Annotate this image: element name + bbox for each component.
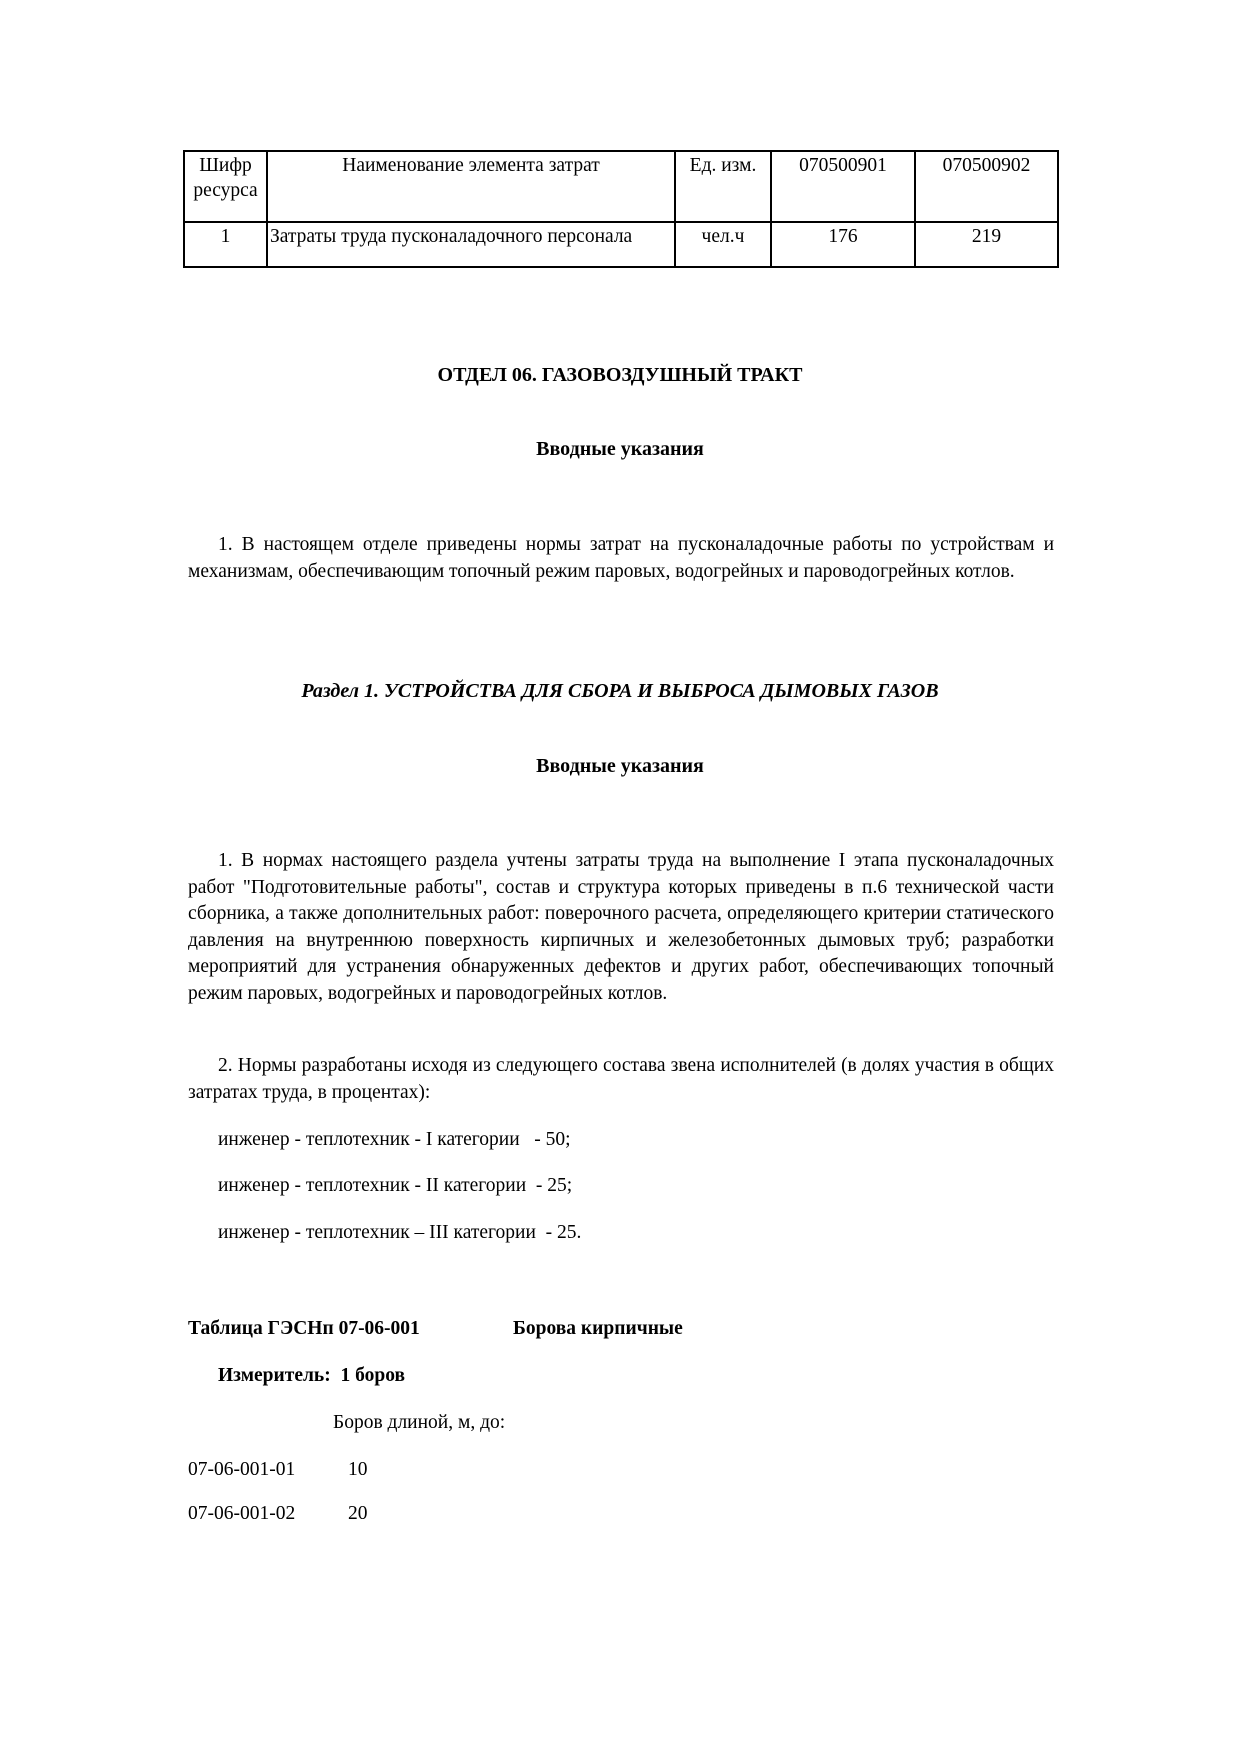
crew-item: инженер - теплотехник - II категории - 2… <box>218 1173 572 1199</box>
division-title: ОТДЕЛ 06. ГАЗОВОЗДУШНЫЙ ТРАКТ <box>183 364 1057 387</box>
norm-table-param-label: Боров длиной, м, до: <box>333 1410 505 1436</box>
header-code-1: 070500901 <box>771 151 915 222</box>
header-cost-element: Наименование элемента затрат <box>267 151 675 222</box>
resource-table: Шифр ресурса Наименование элемента затра… <box>183 150 1059 268</box>
header-resource-code: Шифр ресурса <box>184 151 267 222</box>
cell-cost-element: Затраты труда пусконаладочного персонала <box>267 222 675 267</box>
section-title: Раздел 1. УСТРОЙСТВА ДЛЯ СБОРА И ВЫБРОСА… <box>183 680 1057 703</box>
norm-row-code: 07-06-001-02 <box>188 1501 295 1527</box>
division-paragraph-1: 1. В настоящем отделе приведены нормы за… <box>188 532 1054 585</box>
cell-value-2: 219 <box>915 222 1058 267</box>
cell-resource-code: 1 <box>184 222 267 267</box>
norm-table-name: Борова кирпичные <box>513 1316 683 1342</box>
section-paragraph-2: 2. Нормы разработаны исходя из следующег… <box>188 1053 1054 1106</box>
header-unit: Ед. изм. <box>675 151 771 222</box>
norm-table-code: Таблица ГЭСНп 07-06-001 <box>188 1316 420 1342</box>
norm-row-value: 10 <box>348 1457 368 1483</box>
header-code-2: 070500902 <box>915 151 1058 222</box>
table-header-row: Шифр ресурса Наименование элемента затра… <box>184 151 1058 222</box>
crew-item: инженер - теплотехник – III категории - … <box>218 1220 581 1246</box>
cell-value-1: 176 <box>771 222 915 267</box>
norm-table-meter: Измеритель: 1 боров <box>218 1363 405 1389</box>
norm-row-code: 07-06-001-01 <box>188 1457 295 1483</box>
section-intro-heading: Вводные указания <box>183 755 1057 778</box>
table-row: 1 Затраты труда пусконаладочного персона… <box>184 222 1058 267</box>
norm-row-value: 20 <box>348 1501 368 1527</box>
crew-item: инженер - теплотехник - I категории - 50… <box>218 1127 571 1153</box>
section-paragraph-1: 1. В нормах настоящего раздела учтены за… <box>188 848 1054 1007</box>
cell-unit: чел.ч <box>675 222 771 267</box>
division-intro-heading: Вводные указания <box>183 438 1057 461</box>
